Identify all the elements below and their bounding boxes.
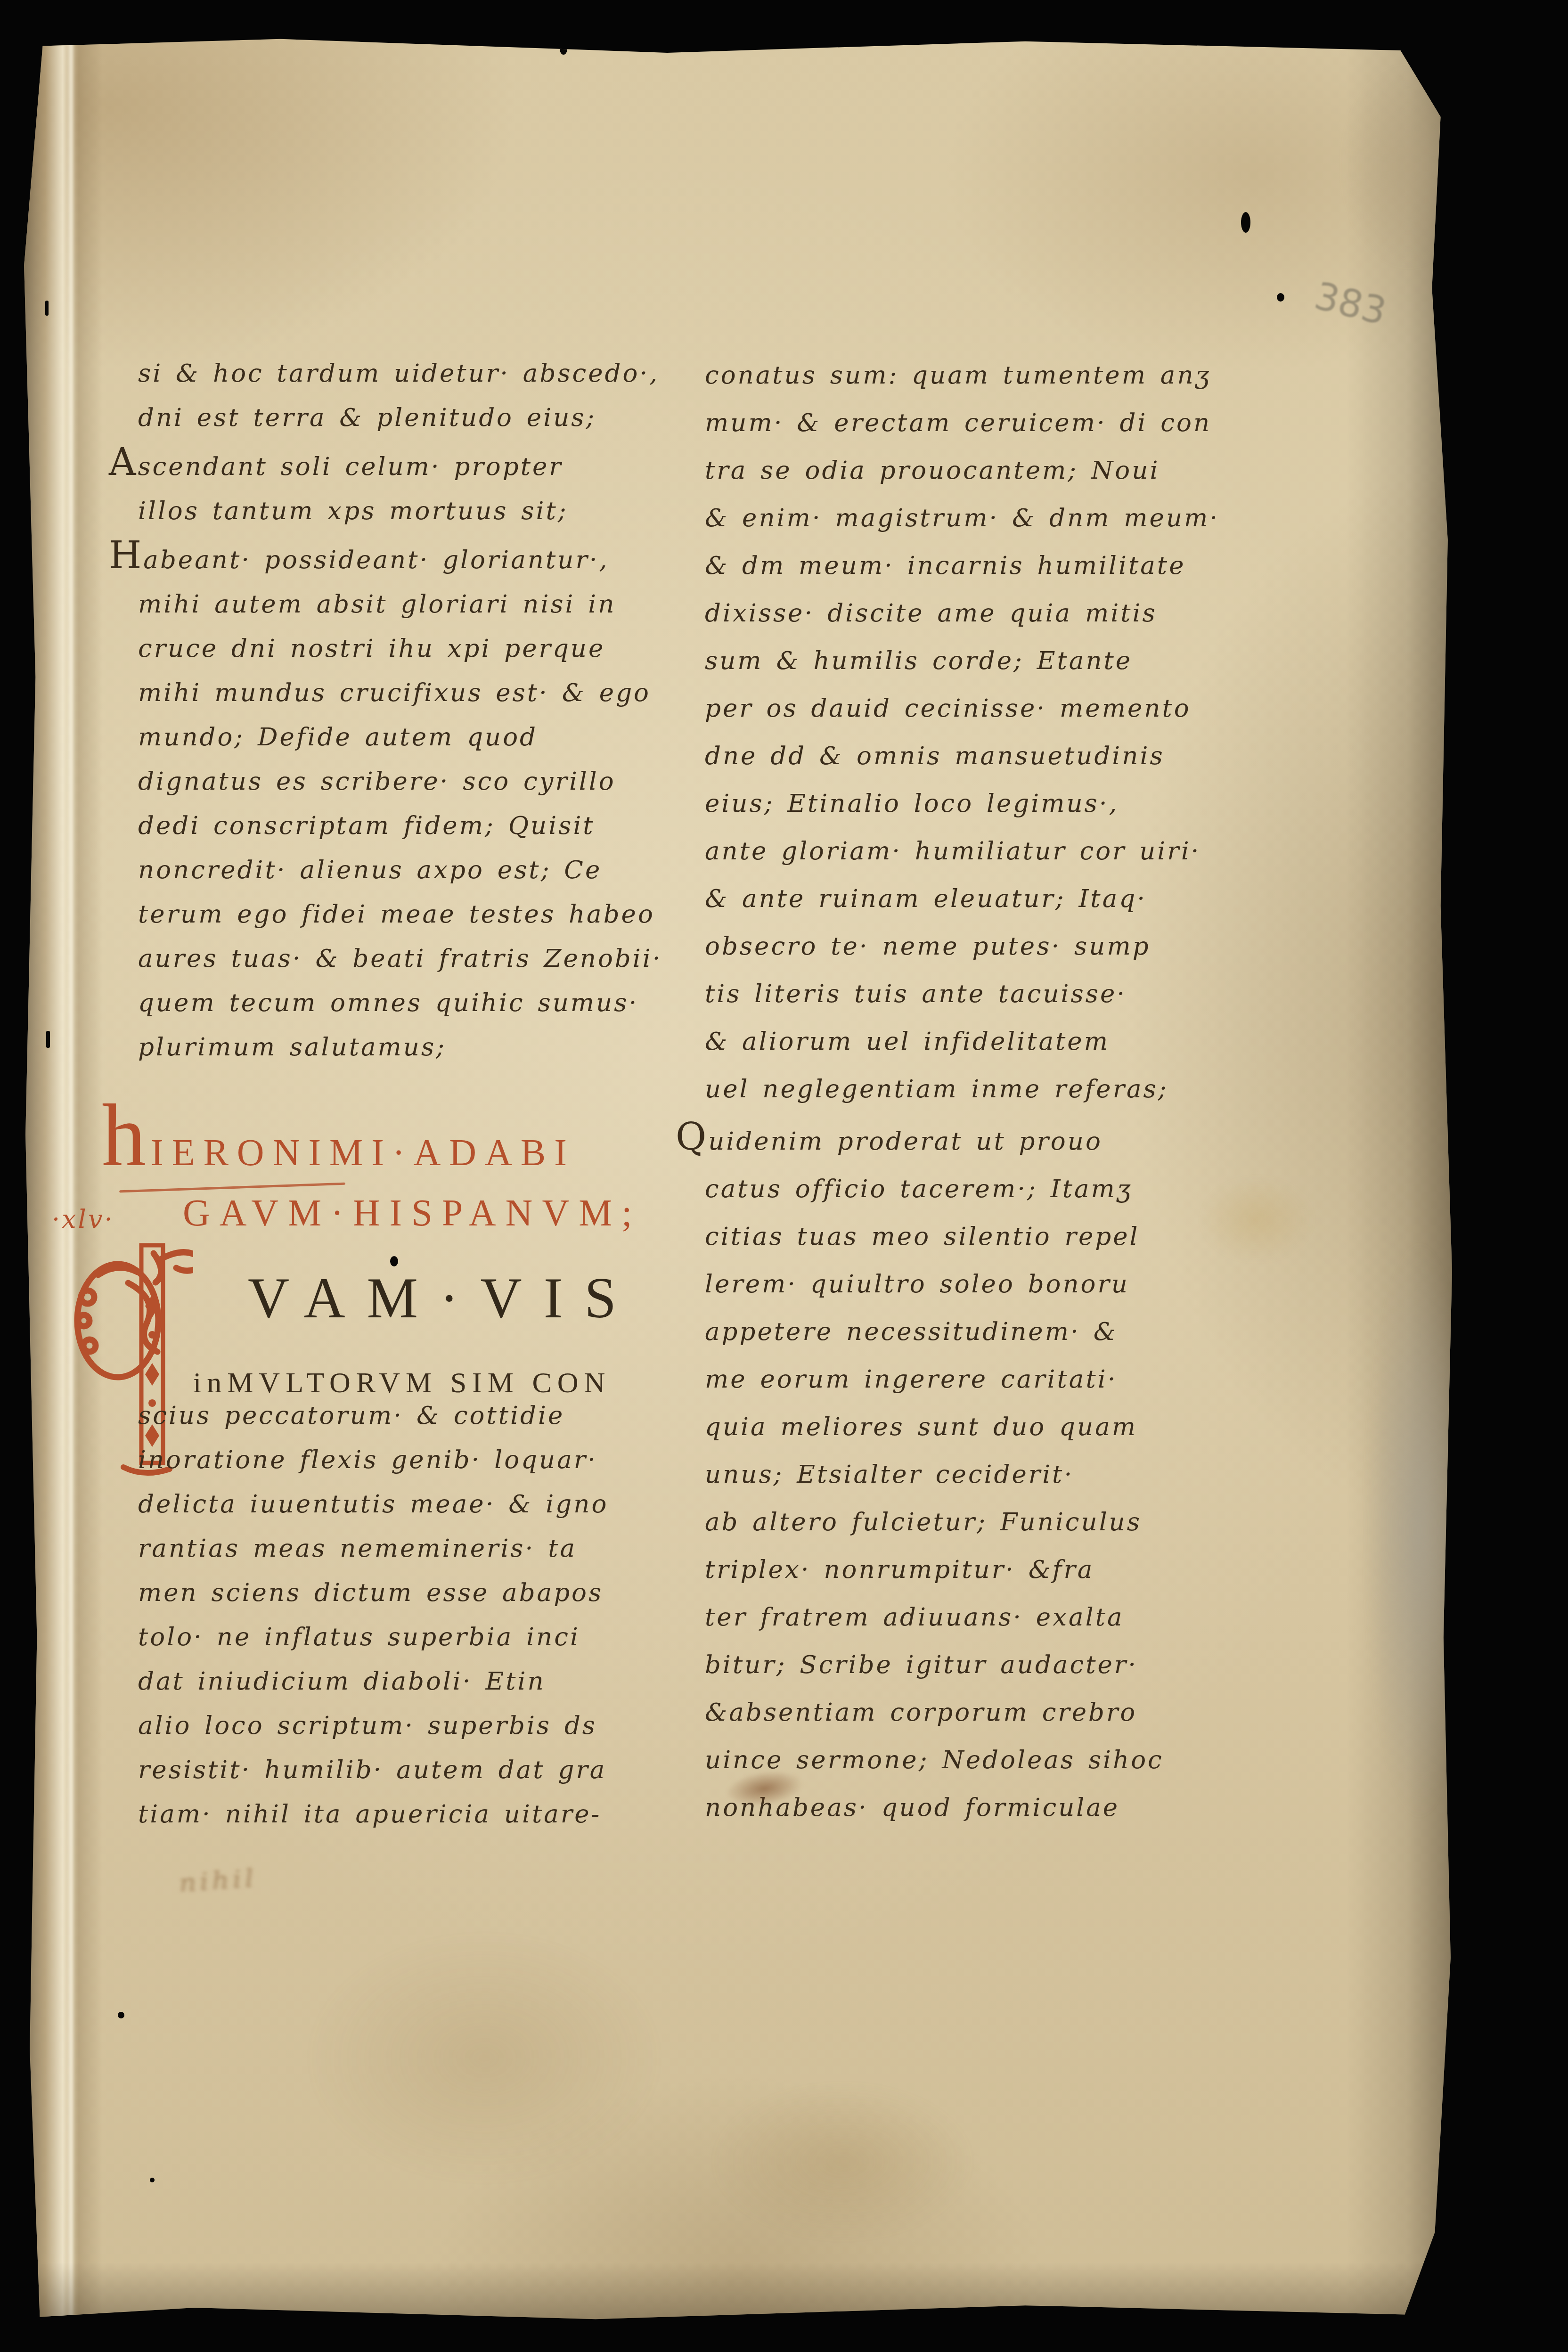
text-line: men sciens dictum esse abapos [138, 1571, 696, 1615]
text-line: inoratione flexis genib· loquar· [138, 1438, 696, 1482]
wormhole [560, 43, 567, 55]
left-column-upper-text: si & hoc tardum uidetur· abscedo·,dni es… [138, 351, 696, 1070]
wormhole [1277, 293, 1284, 302]
binding-gutter [23, 37, 103, 2324]
rubric-title-line1: h IERONIMI·ADABI [102, 1098, 575, 1175]
text-line: sum & humilis corde; Etante [705, 637, 1294, 685]
ink-offset-smudge: nihil [178, 1864, 258, 1898]
lower-left-stain [305, 1931, 663, 2185]
text-line: resistit· humilib· autem dat gra [138, 1748, 696, 1792]
text-line: ter fratrem adiuuans· exalta [705, 1593, 1294, 1641]
repair-patch [1365, 1243, 1474, 1818]
rubric-initial-h: h [102, 1098, 146, 1173]
right-column-text: conatus sum: quam tumentem anʒmum· & ere… [705, 351, 1294, 1831]
stitch-slit [46, 1031, 50, 1048]
text-line: plurimum salutamus; [138, 1025, 696, 1070]
text-line: delicta iuuentutis meae· & igno [138, 1482, 696, 1527]
text-line: dne dd & omnis mansuetudinis [705, 732, 1294, 780]
text-line: dignatus es scribere· sco cyrillo [138, 759, 696, 804]
text-line: tiam· nihil ita apuericia uitare- [138, 1792, 696, 1837]
text-line: per os dauid cecinisse· memento [705, 685, 1294, 732]
page-bottom-shadow [23, 2262, 1455, 2324]
text-line: dixisse· discite ame quia mitis [705, 589, 1294, 637]
text-line: cruce dni nostri ihu xpi perque [138, 627, 696, 671]
text-line: ab altero fulcietur; Funiculus [705, 1498, 1294, 1546]
text-line: dat iniudicium diaboli· Etin [138, 1659, 696, 1704]
text-line: appetere necessitudinem· & [705, 1308, 1294, 1356]
text-line: quia meliores sunt duo quam [705, 1403, 1294, 1451]
text-line: &absentiam corporum crebro [705, 1689, 1294, 1736]
text-line: Habeant· possideant· gloriantur·, [109, 533, 696, 582]
rubric-line1-text: IERONIMI·ADABI [146, 1132, 575, 1175]
text-line: Quidenim proderat ut prouo [676, 1113, 1294, 1165]
text-line: unus; Etsialter ceciderit· [705, 1451, 1294, 1498]
text-line: si & hoc tardum uidetur· abscedo·, [138, 351, 696, 396]
text-line: tis literis tuis ante tacuisse· [705, 970, 1294, 1018]
text-line: me eorum ingerere caritati· [705, 1356, 1294, 1403]
text-line: mum· & erectam ceruicem· di con [705, 399, 1294, 447]
text-line: & aliorum uel infidelitatem [705, 1018, 1294, 1065]
rubric-title-line2: GAVM·HISPANVM; [183, 1192, 642, 1235]
wormhole [150, 2178, 155, 2182]
text-line: & enim· magistrum· & dnm meum· [705, 494, 1294, 542]
text-line: lerem· quiultro soleo bonoru [705, 1260, 1294, 1308]
text-line: uel neglegentiam inme referas; [705, 1065, 1294, 1113]
text-line: scius peccatorum· & cottidie [138, 1394, 696, 1438]
stitch-slit [45, 301, 49, 316]
bottom-stain [710, 2082, 974, 2242]
text-line: quem tecum omnes quihic sumus· [138, 981, 696, 1025]
left-column-lower-text: scius peccatorum· & cottidieinoratione f… [138, 1394, 696, 1837]
manuscript-photo: 383 si & hoc tardum uidetur· abscedo·,dn… [0, 0, 1568, 2352]
text-line: eius; Etinalio loco legimus·, [705, 780, 1294, 827]
text-line: conatus sum: quam tumentem anʒ [705, 351, 1294, 399]
parchment-page: 383 si & hoc tardum uidetur· abscedo·,dn… [23, 37, 1455, 2324]
chapter-number-margin: ·xlv· [52, 1204, 114, 1234]
text-line: dedi conscriptam fidem; Quisit [138, 804, 696, 848]
text-line: aures tuas· & beati fratris Zenobii· [138, 937, 696, 981]
wormhole [118, 2012, 124, 2018]
text-line: rantias meas nememineris· ta [138, 1527, 696, 1571]
text-line: obsecro te· neme putes· sump [705, 923, 1294, 970]
incipit-display-caps: VAM·VIS [248, 1266, 638, 1331]
text-line: mundo; Defide autem quod [138, 715, 696, 759]
text-line: ante gloriam· humiliatur cor uiri· [705, 827, 1294, 875]
text-line: & dm meum· incarnis humilitate [705, 542, 1294, 589]
text-line: Ascendant soli celum· propter [109, 440, 696, 489]
wormhole [1241, 212, 1250, 233]
text-line: citias tuas meo silentio repel [705, 1213, 1294, 1260]
wormhole [390, 1256, 398, 1266]
text-line: dni est terra & plenitudo eius; [138, 396, 696, 440]
text-line: illos tantum xps mortuus sit; [138, 489, 696, 533]
text-line: noncredit· alienus axpo est; Ce [138, 848, 696, 892]
text-line: mihi autem absit gloriari nisi in [138, 582, 696, 627]
text-line: tolo· ne inflatus superbia inci [138, 1615, 696, 1659]
text-line: & ante ruinam eleuatur; Itaq· [705, 875, 1294, 923]
spine-crease [69, 37, 73, 2324]
text-line: bitur; Scribe igitur audacter· [705, 1641, 1294, 1689]
text-line: terum ego fidei meae testes habeo [138, 892, 696, 937]
text-line: mihi mundus crucifixus est· & ego [138, 671, 696, 715]
corner-stain [1342, 65, 1474, 268]
text-line: triplex· nonrumpitur· &fra [705, 1546, 1294, 1593]
text-line: alio loco scriptum· superbis ds [138, 1704, 696, 1748]
text-line: tra se odia prouocantem; Noui [705, 447, 1294, 494]
text-line: catus officio tacerem·; Itamʒ [705, 1165, 1294, 1213]
page-edge-shadow [1347, 37, 1455, 2324]
rubric-flourish-line [119, 1183, 345, 1193]
